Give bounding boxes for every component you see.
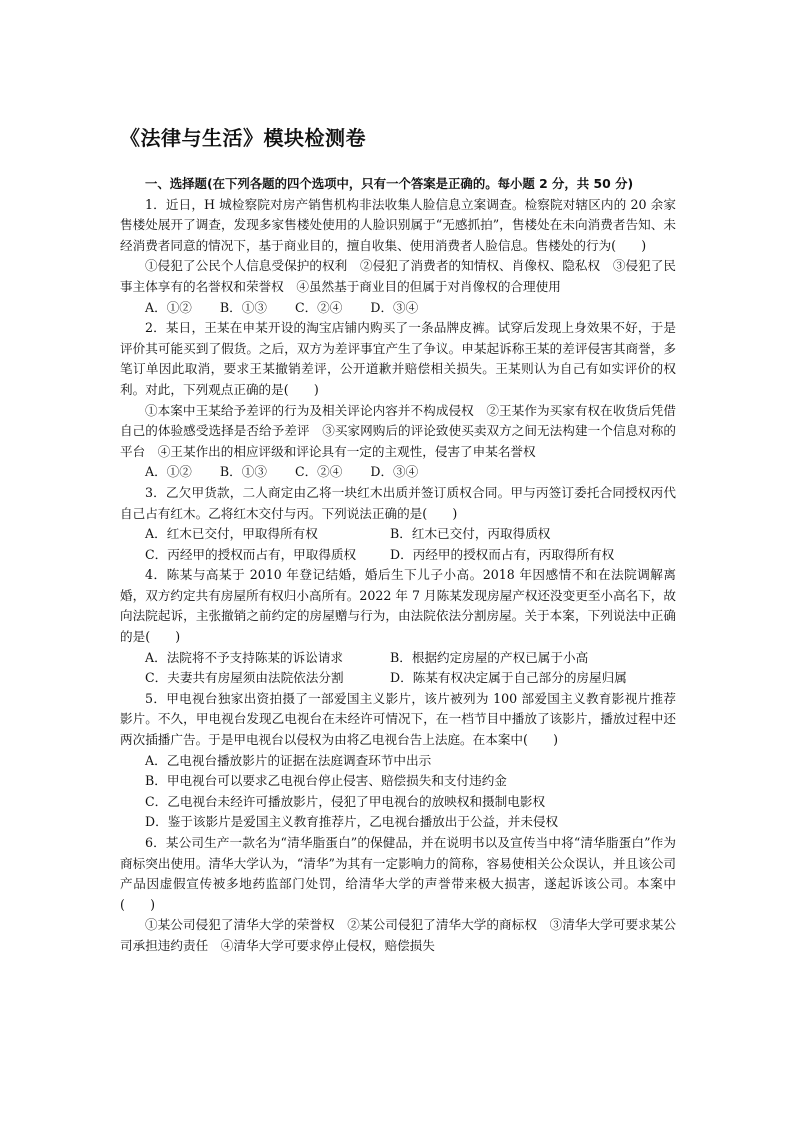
question-stem: 6．某公司生产一款名为“清华脂蛋白”的保健品，并在说明书以及宣传当中将“清华脂蛋… bbox=[120, 833, 676, 915]
option-a[interactable]: A．法院将不予支持陈某的诉讼请求 bbox=[145, 648, 390, 669]
option-c[interactable]: C．丙经甲的授权而占有，甲取得质权 bbox=[145, 545, 390, 566]
question-1: 1．近日，H 城检察院对房产销售机构非法收集人脸信息立案调查。检察院对辖区内的 … bbox=[120, 195, 676, 319]
options-row: C．夫妻共有房屋须由法院依法分割D．陈某有权决定属于自己部分的房屋归属 bbox=[120, 668, 676, 689]
option-b[interactable]: B．甲电视台可以要求乙电视台停止侵害、赔偿损失和支付违约金 bbox=[120, 771, 676, 792]
options-row: A．①②B．①③C．②④D．③④ bbox=[120, 462, 676, 483]
question-stem: 2．某日，王某在申某开设的淘宝店铺内购买了一条品牌皮裤。试穿后发现上身效果不好，… bbox=[120, 318, 676, 400]
question-6: 6．某公司生产一款名为“清华脂蛋白”的保健品，并在说明书以及宣传当中将“清华脂蛋… bbox=[120, 833, 676, 957]
question-2: 2．某日，王某在申某开设的淘宝店铺内购买了一条品牌皮裤。试穿后发现上身效果不好，… bbox=[120, 318, 676, 483]
option-a[interactable]: A．红木已交付，甲取得所有权 bbox=[145, 524, 390, 545]
option-b[interactable]: B．①③ bbox=[220, 462, 267, 483]
option-d[interactable]: D．③④ bbox=[370, 298, 418, 319]
option-c[interactable]: C．②④ bbox=[295, 298, 342, 319]
question-statements: ①本案中王某给予差评的行为及相关评论内容并不构成侵权 ②王某作为买家有权在收货后… bbox=[120, 401, 676, 463]
option-d[interactable]: D．陈某有权决定属于自己部分的房屋归属 bbox=[390, 668, 635, 689]
option-c[interactable]: C．夫妻共有房屋须由法院依法分割 bbox=[145, 668, 390, 689]
options-row: A．红木已交付，甲取得所有权B．红木已交付，丙取得质权 bbox=[120, 524, 676, 545]
question-5: 5．甲电视台独家出资拍摄了一部爱国主义影片，该片被列为 100 部爱国主义教育影… bbox=[120, 689, 676, 833]
option-a[interactable]: A．①② bbox=[145, 298, 192, 319]
option-d[interactable]: D．鉴于该影片是爱国主义教育推荐片，乙电视台播放出于公益，并未侵权 bbox=[120, 812, 676, 833]
question-4: 4．陈某与高某于 2010 年登记结婚，婚后生下儿子小高。2018 年因感情不和… bbox=[120, 565, 676, 689]
option-c[interactable]: C．乙电视台未经许可播放影片，侵犯了甲电视台的放映权和摄制电影权 bbox=[120, 792, 676, 813]
option-d[interactable]: D．丙经甲的授权而占有，丙取得所有权 bbox=[390, 545, 635, 566]
question-stem: 4．陈某与高某于 2010 年登记结婚，婚后生下儿子小高。2018 年因感情不和… bbox=[120, 565, 676, 647]
exam-body: 一、选择题(在下列各题的四个选项中，只有一个答案是正确的。每小题 2 分，共 5… bbox=[120, 174, 676, 957]
option-a[interactable]: A．乙电视台播放影片的证据在法庭调查环节中出示 bbox=[120, 751, 676, 772]
option-b[interactable]: B．红木已交付，丙取得质权 bbox=[390, 524, 635, 545]
question-3: 3．乙欠甲货款，二人商定由乙将一块红木出质并签订质权合同。甲与丙签订委托合同授权… bbox=[120, 483, 676, 565]
options-row: A．法院将不予支持陈某的诉讼请求B．根据约定房屋的产权已属于小高 bbox=[120, 648, 676, 669]
question-stem: 5．甲电视台独家出资拍摄了一部爱国主义影片，该片被列为 100 部爱国主义教育影… bbox=[120, 689, 676, 751]
option-a[interactable]: A．①② bbox=[145, 462, 192, 483]
options-row: A．①②B．①③C．②④D．③④ bbox=[120, 298, 676, 319]
option-b[interactable]: B．根据约定房屋的产权已属于小高 bbox=[390, 648, 635, 669]
question-stem: 3．乙欠甲货款，二人商定由乙将一块红木出质并签订质权合同。甲与丙签订委托合同授权… bbox=[120, 483, 676, 524]
question-statements: ①某公司侵犯了清华大学的荣誉权 ②某公司侵犯了清华大学的商标权 ③清华大学可要求… bbox=[120, 915, 676, 956]
options-row: C．丙经甲的授权而占有，甲取得质权D．丙经甲的授权而占有，丙取得所有权 bbox=[120, 545, 676, 566]
question-stem: 1．近日，H 城检察院对房产销售机构非法收集人脸信息立案调查。检察院对辖区内的 … bbox=[120, 195, 676, 257]
section-heading: 一、选择题(在下列各题的四个选项中，只有一个答案是正确的。每小题 2 分，共 5… bbox=[120, 174, 676, 195]
question-statements: ①侵犯了公民个人信息受保护的权利 ②侵犯了消费者的知情权、肖像权、隐私权 ③侵犯… bbox=[120, 256, 676, 297]
option-c[interactable]: C．②④ bbox=[295, 462, 342, 483]
page-title: 《法律与生活》模块检测卷 bbox=[120, 122, 366, 151]
option-b[interactable]: B．①③ bbox=[220, 298, 267, 319]
option-d[interactable]: D．③④ bbox=[370, 462, 418, 483]
